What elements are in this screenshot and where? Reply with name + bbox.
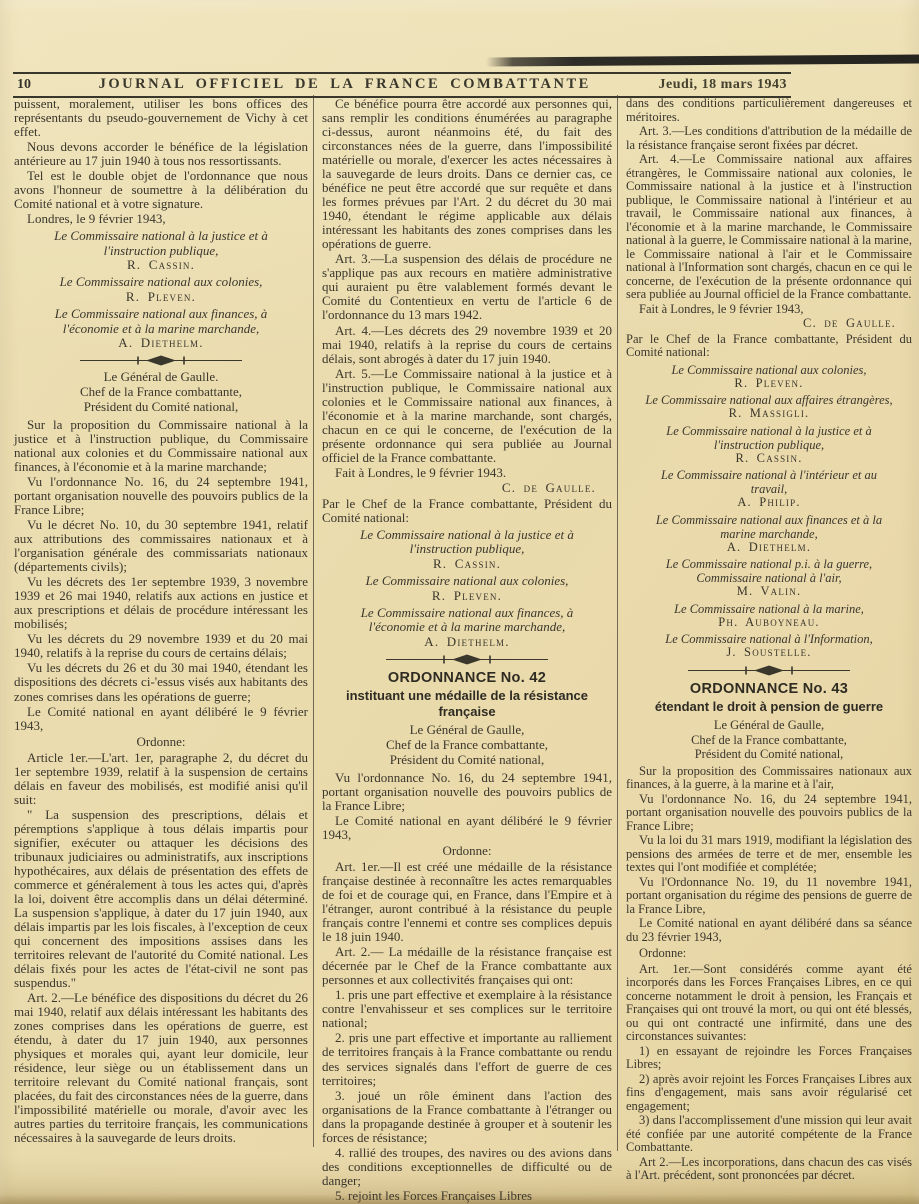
signature-name: J. Soustelle. [626, 646, 912, 660]
signature-title: Le Commissaire national à la justice et … [35, 229, 287, 258]
ordinance-title: ORDONNANCE No. 43 [626, 682, 912, 698]
issue-date: Jeudi, 18 mars 1943 [658, 77, 787, 93]
signature-title: Le Commissaire national à la marine, [643, 602, 895, 616]
paragraph: Nous devons accorder le bénéfice de la l… [14, 140, 308, 168]
paragraph: Vu l'ordonnance No. 16, du 24 septembre … [322, 771, 612, 813]
signature-name: R. Pleven. [322, 589, 612, 603]
paragraph: puissent, moralement, utiliser les bons … [14, 97, 308, 139]
list-item: 1. pris une part effective et exemplaire… [322, 988, 612, 1030]
quoted-paragraph: " La suspension des prescriptions, délai… [14, 808, 308, 990]
article-paragraph: Art. 3.—La suspension des délais de proc… [322, 252, 612, 322]
paragraph: Sur la proposition du Commissaire nation… [14, 418, 308, 474]
paragraph: Tel est le double objet de l'ordonnance … [14, 169, 308, 211]
byline: Le Général de Gaulle. Chef de la France … [14, 370, 308, 415]
paragraph: Vu les décrets des 1er septembre 1939, 3… [14, 575, 308, 631]
signature-name: R. Cassin. [626, 452, 912, 466]
article-paragraph: Art. 2.—Le bénéfice des dispositions du … [14, 991, 308, 1145]
dateline: Fait à Londres, le 9 février 1943, [626, 303, 912, 317]
signature-title: Le Commissaire national aux colonies, [35, 275, 287, 290]
signature-title: Le Commissaire national p.i. à la guerre… [643, 557, 895, 585]
signature-title: Le Commissaire national à la justice et … [341, 528, 593, 557]
article-paragraph: Art. 4.—Les décrets des 29 novembre 1939… [322, 324, 612, 366]
section-divider-ornament [14, 355, 308, 366]
article-paragraph: Art. 4.—Le Commissaire national aux affa… [626, 153, 912, 302]
paragraph: Le Comité national en ayant délibéré le … [14, 705, 308, 733]
paragraph: Sur la proposition des Commissaires nati… [626, 765, 912, 792]
page-number: 10 [17, 77, 31, 93]
paragraph: Vu l'Ordonnance No. 19, du 11 novembre 1… [626, 876, 912, 917]
paragraph: Vu l'ordonnance No. 16, du 24 septembre … [626, 793, 912, 834]
signature-name: R. Pleven. [14, 290, 308, 304]
column-rule-1 [313, 95, 314, 1147]
byline-line: Le Général de Gaulle. [14, 370, 308, 385]
signature-title: Le Commissaire national à la justice et … [643, 424, 895, 452]
page-bottom-edge [0, 1194, 919, 1204]
signature-title: Le Commissaire national aux finances, à … [341, 606, 593, 635]
signature-name: A. Philip. [626, 496, 912, 510]
ordonne-heading: Ordonne: [322, 844, 612, 858]
paragraph: Vu les décrets du 29 novembre 1939 et du… [14, 632, 308, 660]
signature-title: Le Commissaire national aux colonies, [643, 363, 895, 377]
byline: Le Général de Gaulle, Chef de la France … [322, 723, 612, 768]
article-paragraph: Art. 3.—Les conditions d'attribution de … [626, 125, 912, 152]
signature-name: R. Pleven. [626, 377, 912, 391]
paragraph: Vu les décrets du 26 et du 30 mai 1940, … [14, 661, 308, 703]
byline-line: Chef de la France combattante, [322, 738, 612, 753]
ordinance-title: ORDONNANCE No. 42 [322, 671, 612, 687]
column-1: puissent, moralement, utiliser les bons … [14, 97, 308, 1147]
paragraph: Vu l'ordonnance No. 16, du 24 septembre … [14, 475, 308, 517]
list-item: 3. joué un rôle éminent dans l'action de… [322, 1089, 612, 1145]
paragraph: Vu la loi du 31 mars 1919, modifiant la … [626, 834, 912, 875]
list-item: 3) dans l'accomplissement d'une mission … [626, 1114, 912, 1155]
list-item: 2. pris une part effective et importante… [322, 1031, 612, 1087]
paragraph: dans des conditions particulièrement dan… [626, 97, 912, 124]
ordinance-subtitle: instituant une médaille de la résistance… [322, 688, 612, 719]
signature-title: Le Commissaire national aux colonies, [341, 574, 593, 589]
article-paragraph: Art. 1er.—Sont considérés comme ayant ét… [626, 963, 912, 1044]
signature-name: R. Cassin. [322, 557, 612, 571]
byline-line: Chef de la France combattante, [14, 385, 308, 400]
signature-name: R. Cassin. [14, 258, 308, 272]
signature-name: C. de Gaulle. [322, 481, 612, 495]
byline-line: Le Général de Gaulle, [322, 723, 612, 738]
article-paragraph: Art 2.—Les incorporations, dans chacun d… [626, 1156, 912, 1183]
signature-title: Le Commissaire national à l'Information, [643, 632, 895, 646]
signature-name: M. Valin. [626, 585, 912, 599]
signature-title: Le Commissaire national aux finances et … [643, 513, 895, 541]
section-divider-ornament [322, 654, 612, 665]
signature-title: Le Commissaire national aux affaires étr… [643, 393, 895, 407]
paragraph: Le Comité national en ayant délibéré dan… [626, 917, 912, 944]
masthead-title: JOURNAL OFFICIEL DE LA FRANCE COMBATTANT… [99, 76, 591, 93]
paragraph: Par le Chef de la France combattante, Pr… [626, 333, 912, 360]
column-3: dans des conditions particulièrement dan… [626, 97, 912, 1184]
signature-name: Ph. Auboyneau. [626, 616, 912, 630]
list-item: 2) après avoir rejoint les Forces França… [626, 1073, 912, 1114]
column-rule-2 [617, 95, 618, 1151]
signature-title: Le Commissaire national à l'intérieur et… [643, 468, 895, 496]
column-2: Ce bénéfice pourra être accordé aux pers… [322, 97, 612, 1204]
byline-line: Le Général de Gaulle, [626, 718, 912, 732]
article-paragraph: Art. 5.—Le Commissaire national à la jus… [322, 367, 612, 465]
paragraph: Le Comité national en ayant délibéré le … [322, 814, 612, 842]
section-divider-ornament [626, 665, 912, 676]
ordonne-heading: Ordonne: [626, 947, 912, 961]
paragraph: Ce bénéfice pourra être accordé aux pers… [322, 97, 612, 251]
article-paragraph: Art. 1er.—Il est créé une médaille de la… [322, 860, 612, 944]
byline: Le Général de Gaulle, Chef de la France … [626, 718, 912, 761]
signature-name: C. de Gaulle. [626, 317, 912, 331]
scan-artifact-bar [486, 54, 919, 66]
ordinance-subtitle: étendant le droit à pension de guerre [626, 699, 912, 714]
list-item: 4. rallié des troupes, des navires ou de… [322, 1146, 612, 1188]
ordonne-heading: Ordonne: [14, 735, 308, 749]
signature-name: A. Diethelm. [626, 541, 912, 555]
byline-line: Président du Comité national, [14, 400, 308, 415]
signature-name: A. Diethelm. [322, 635, 612, 649]
byline-line: Chef de la France combattante, [626, 733, 912, 747]
byline-line: Président du Comité national, [626, 747, 912, 761]
paragraph: Vu le décret No. 10, du 30 septembre 194… [14, 518, 308, 574]
article-paragraph: Art. 2.— La médaille de la résistance fr… [322, 945, 612, 987]
list-item: 1) en essayant de rejoindre les Forces F… [626, 1045, 912, 1072]
signature-title: Le Commissaire national aux finances, à … [35, 307, 287, 336]
signature-name: R. Massigli. [626, 407, 912, 421]
newspaper-page: 10 JOURNAL OFFICIEL DE LA FRANCE COMBATT… [0, 0, 919, 1204]
page-header: 10 JOURNAL OFFICIEL DE LA FRANCE COMBATT… [13, 72, 791, 98]
dateline: Londres, le 9 février 1943, [14, 212, 308, 226]
article-paragraph: Article 1er.—L'art. 1er, paragraphe 2, d… [14, 751, 308, 807]
byline-line: Président du Comité national, [322, 753, 612, 768]
signature-name: A. Diethelm. [14, 336, 308, 350]
dateline: Fait à Londres, le 9 février 1943. [322, 466, 612, 480]
paragraph: Par le Chef de la France combattante, Pr… [322, 497, 612, 525]
